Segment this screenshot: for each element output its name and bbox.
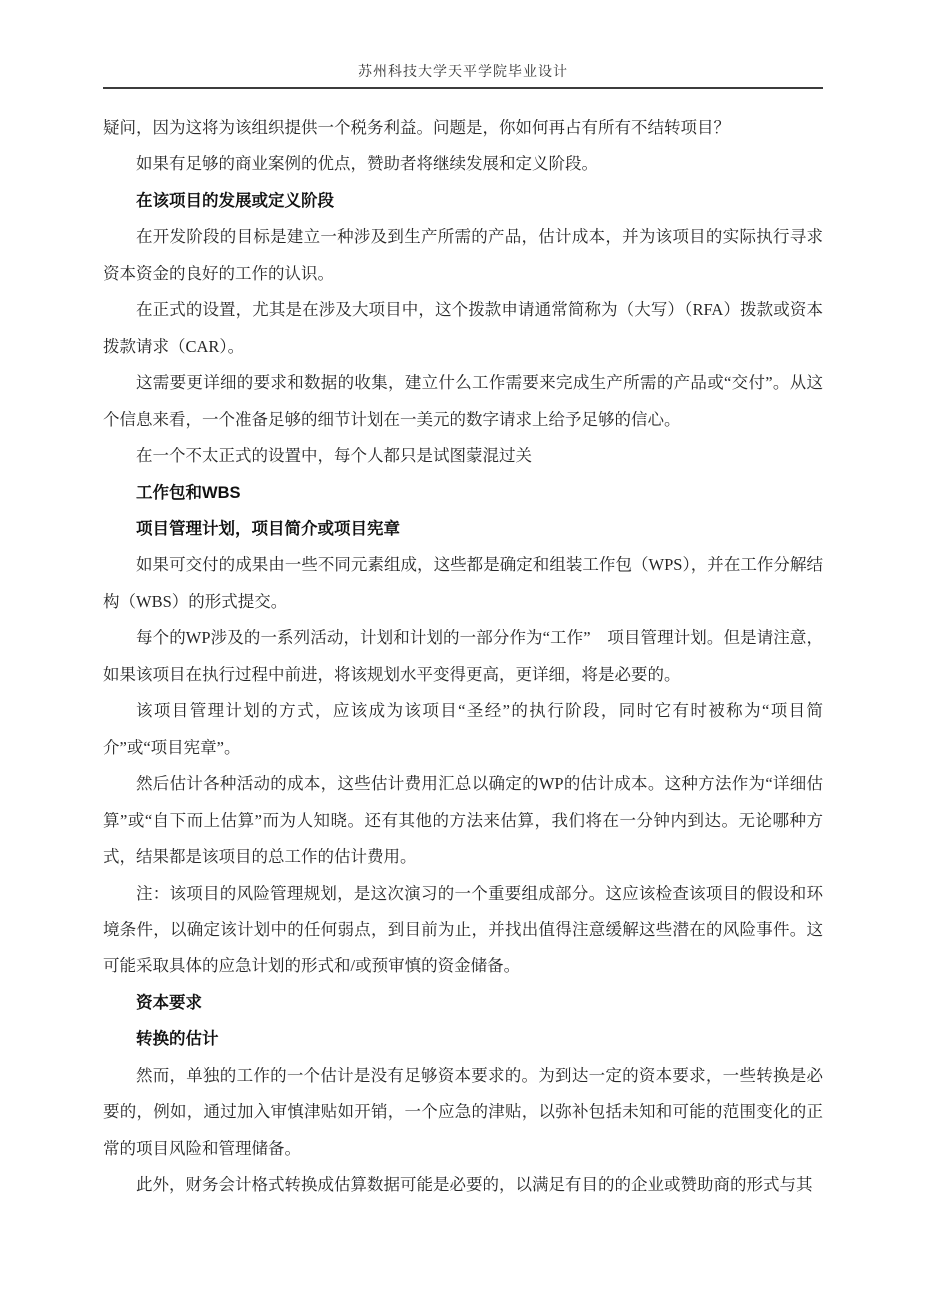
header-title: 苏州科技大学天平学院毕业设计: [358, 61, 568, 81]
para-development-phase-goal: 在开发阶段的目标是建立一种涉及到生产所需的产品，估计成本，并为该项目的实际执行寻…: [103, 219, 823, 292]
para-rfa-car: 在正式的设置，尤其是在涉及大项目中，这个拨款申请通常简称为（大写）（RFA）拨款…: [103, 292, 823, 365]
para-business-case: 如果有足够的商业案例的优点，赞助者将继续发展和定义阶段。: [103, 146, 823, 182]
heading-development-definition-phase: 在该项目的发展或定义阶段: [103, 183, 823, 219]
para-detailed-requirements: 这需要更详细的要求和数据的收集，建立什么工作需要来完成生产所需的产品或“交付”。…: [103, 365, 823, 438]
para-wp-activities: 每个的WP涉及的一系列活动，计划和计划的一部分作为“工作” 项目管理计划。但是请…: [103, 620, 823, 693]
para-financial-accounting-format: 此外，财务会计格式转换成估算数据可能是必要的，以满足有目的的企业或赞助商的形式与…: [103, 1167, 823, 1203]
para-informal-setting: 在一个不太正式的设置中，每个人都只是试图蒙混过关: [103, 438, 823, 474]
para-cost-estimation: 然后估计各种活动的成本，这些估计费用汇总以确定的WP的估计成本。这种方法作为“详…: [103, 766, 823, 875]
heading-work-package-wbs: 工作包和WBS: [103, 475, 823, 511]
para-deliverable-work-packages: 如果可交付的成果由一些不同元素组成，这些都是确定和组装工作包（WPS），并在工作…: [103, 547, 823, 620]
heading-conversion-estimate: 转换的估计: [103, 1021, 823, 1057]
document-body: 疑问，因为这将为该组织提供一个税务利益。问题是，你如何再占有所有不结转项目？ 如…: [103, 110, 823, 1204]
para-project-bible: 该项目管理计划的方式，应该成为该项目“圣经”的执行阶段，同时它有时被称为“项目简…: [103, 693, 823, 766]
document-page: 苏州科技大学天平学院毕业设计 疑问，因为这将为该组织提供一个税务利益。问题是，你…: [0, 0, 926, 1309]
heading-capital-requirement: 资本要求: [103, 985, 823, 1021]
para-risk-management-note: 注：该项目的风险管理规划，是这次演习的一个重要组成部分。这应该检查该项目的假设和…: [103, 876, 823, 985]
para-capital-conversion: 然而，单独的工作的一个估计是没有足够资本要求的。为到达一定的资本要求，一些转换是…: [103, 1058, 823, 1167]
para-tax-benefit-question: 疑问，因为这将为该组织提供一个税务利益。问题是，你如何再占有所有不结转项目？: [103, 110, 823, 146]
heading-project-management-plan: 项目管理计划，项目简介或项目宪章: [103, 511, 823, 547]
page-header: 苏州科技大学天平学院毕业设计: [103, 0, 823, 89]
